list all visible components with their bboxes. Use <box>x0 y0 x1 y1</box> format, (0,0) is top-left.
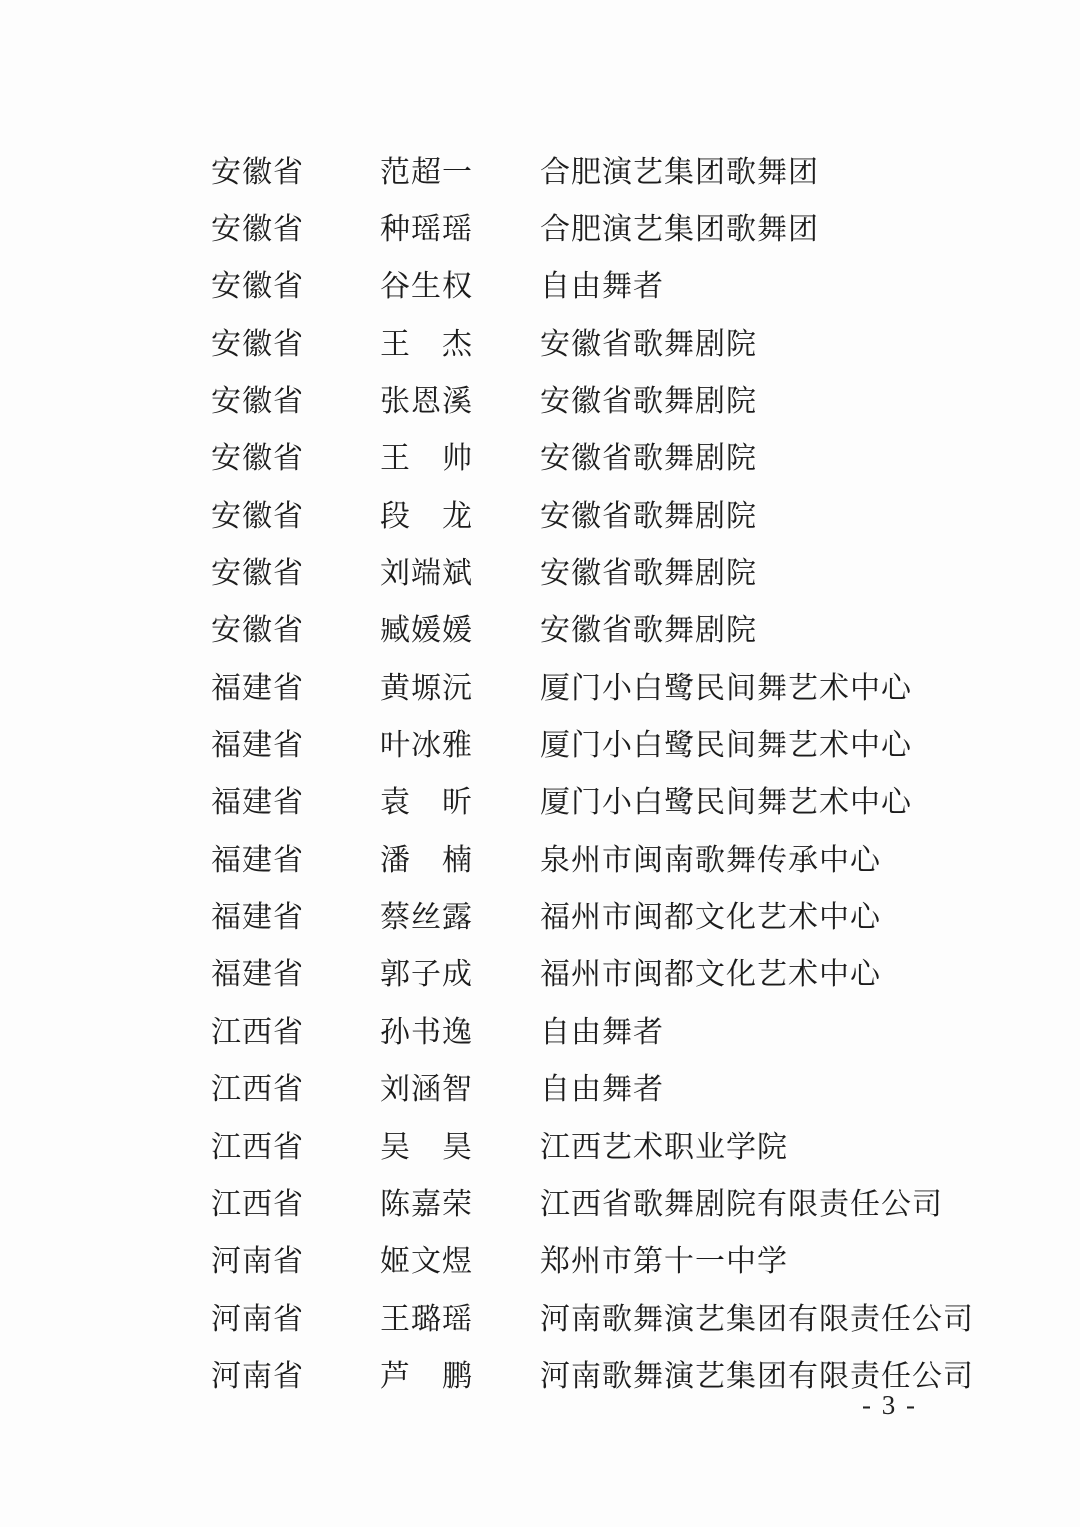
name-cell: 陈嘉荣 <box>380 1190 540 1220</box>
organization-cell: 江西艺术职业学院 <box>540 1133 1080 1163</box>
table-row: 福建省 叶冰雅 厦门小白鹭民间舞艺术中心 <box>0 717 1080 774</box>
name-cell: 王 杰 <box>380 330 540 360</box>
table-row: 安徽省 范超一 合肥演艺集团歌舞团 <box>0 144 1080 201</box>
province-cell: 河南省 <box>211 1305 380 1335</box>
table-row: 河南省 芦 鹏 河南歌舞演艺集团有限责任公司 <box>0 1348 1080 1405</box>
name-cell: 张恩溪 <box>380 387 540 417</box>
table-row: 河南省 姬文煜 郑州市第十一中学 <box>0 1234 1080 1291</box>
province-cell: 安徽省 <box>211 444 380 474</box>
document-page: 安徽省 范超一 合肥演艺集团歌舞团 安徽省 种瑶瑶 合肥演艺集团歌舞团 安徽省 … <box>0 0 1080 1527</box>
name-cell: 黄塬沅 <box>380 674 540 704</box>
province-cell: 河南省 <box>211 1362 380 1392</box>
organization-cell: 安徽省歌舞剧院 <box>540 502 1080 532</box>
name-cell: 刘涵智 <box>380 1075 540 1105</box>
name-cell: 范超一 <box>380 158 540 188</box>
province-cell: 安徽省 <box>211 387 380 417</box>
table-row: 福建省 蔡丝露 福州市闽都文化艺术中心 <box>0 889 1080 946</box>
table-row: 江西省 吴 昊 江西艺术职业学院 <box>0 1119 1080 1176</box>
name-cell: 叶冰雅 <box>380 731 540 761</box>
organization-cell: 郑州市第十一中学 <box>540 1247 1080 1277</box>
province-cell: 安徽省 <box>211 272 380 302</box>
province-cell: 江西省 <box>211 1190 380 1220</box>
province-cell: 安徽省 <box>211 502 380 532</box>
province-cell: 江西省 <box>211 1018 380 1048</box>
organization-cell: 厦门小白鹭民间舞艺术中心 <box>540 674 1080 704</box>
province-cell: 河南省 <box>211 1247 380 1277</box>
province-cell: 福建省 <box>211 731 380 761</box>
name-cell: 潘 楠 <box>380 846 540 876</box>
name-cell: 王璐瑶 <box>380 1305 540 1335</box>
organization-cell: 安徽省歌舞剧院 <box>540 444 1080 474</box>
table-row: 福建省 潘 楠 泉州市闽南歌舞传承中心 <box>0 832 1080 889</box>
organization-cell: 安徽省歌舞剧院 <box>540 559 1080 589</box>
province-cell: 福建省 <box>211 903 380 933</box>
name-cell: 郭子成 <box>380 960 540 990</box>
table-row: 福建省 郭子成 福州市闽都文化艺术中心 <box>0 947 1080 1004</box>
name-cell: 孙书逸 <box>380 1018 540 1048</box>
roster-table: 安徽省 范超一 合肥演艺集团歌舞团 安徽省 种瑶瑶 合肥演艺集团歌舞团 安徽省 … <box>0 144 1080 1406</box>
table-row: 福建省 袁 昕 厦门小白鹭民间舞艺术中心 <box>0 775 1080 832</box>
province-cell: 江西省 <box>211 1133 380 1163</box>
table-row: 江西省 孙书逸 自由舞者 <box>0 1004 1080 1061</box>
table-row: 安徽省 臧媛媛 安徽省歌舞剧院 <box>0 603 1080 660</box>
table-row: 江西省 刘涵智 自由舞者 <box>0 1062 1080 1119</box>
organization-cell: 自由舞者 <box>540 272 1080 302</box>
name-cell: 王 帅 <box>380 444 540 474</box>
name-cell: 臧媛媛 <box>380 616 540 646</box>
province-cell: 安徽省 <box>211 616 380 646</box>
name-cell: 刘端斌 <box>380 559 540 589</box>
table-row: 安徽省 王 杰 安徽省歌舞剧院 <box>0 316 1080 373</box>
name-cell: 袁 昕 <box>380 788 540 818</box>
table-row: 安徽省 种瑶瑶 合肥演艺集团歌舞团 <box>0 201 1080 258</box>
name-cell: 谷生权 <box>380 272 540 302</box>
province-cell: 福建省 <box>211 674 380 704</box>
table-row: 安徽省 段 龙 安徽省歌舞剧院 <box>0 488 1080 545</box>
province-cell: 安徽省 <box>211 559 380 589</box>
organization-cell: 安徽省歌舞剧院 <box>540 387 1080 417</box>
organization-cell: 泉州市闽南歌舞传承中心 <box>540 846 1080 876</box>
province-cell: 江西省 <box>211 1075 380 1105</box>
organization-cell: 安徽省歌舞剧院 <box>540 330 1080 360</box>
organization-cell: 安徽省歌舞剧院 <box>540 616 1080 646</box>
table-row: 安徽省 张恩溪 安徽省歌舞剧院 <box>0 373 1080 430</box>
organization-cell: 福州市闽都文化艺术中心 <box>540 960 1080 990</box>
name-cell: 芦 鹏 <box>380 1362 540 1392</box>
table-row: 安徽省 王 帅 安徽省歌舞剧院 <box>0 431 1080 488</box>
organization-cell: 厦门小白鹭民间舞艺术中心 <box>540 788 1080 818</box>
table-row: 江西省 陈嘉荣 江西省歌舞剧院有限责任公司 <box>0 1176 1080 1233</box>
table-row: 河南省 王璐瑶 河南歌舞演艺集团有限责任公司 <box>0 1291 1080 1348</box>
province-cell: 福建省 <box>211 788 380 818</box>
table-row: 福建省 黄塬沅 厦门小白鹭民间舞艺术中心 <box>0 660 1080 717</box>
province-cell: 安徽省 <box>211 158 380 188</box>
name-cell: 蔡丝露 <box>380 903 540 933</box>
province-cell: 福建省 <box>211 960 380 990</box>
table-row: 安徽省 刘端斌 安徽省歌舞剧院 <box>0 545 1080 602</box>
organization-cell: 合肥演艺集团歌舞团 <box>540 215 1080 245</box>
name-cell: 种瑶瑶 <box>380 215 540 245</box>
name-cell: 吴 昊 <box>380 1133 540 1163</box>
province-cell: 安徽省 <box>211 215 380 245</box>
organization-cell: 自由舞者 <box>540 1018 1080 1048</box>
table-row: 安徽省 谷生权 自由舞者 <box>0 259 1080 316</box>
name-cell: 姬文煜 <box>380 1247 540 1277</box>
province-cell: 福建省 <box>211 846 380 876</box>
page-number: - 3 - <box>862 1390 917 1421</box>
organization-cell: 江西省歌舞剧院有限责任公司 <box>540 1190 1080 1220</box>
organization-cell: 福州市闽都文化艺术中心 <box>540 903 1080 933</box>
organization-cell: 厦门小白鹭民间舞艺术中心 <box>540 731 1080 761</box>
organization-cell: 合肥演艺集团歌舞团 <box>540 158 1080 188</box>
province-cell: 安徽省 <box>211 330 380 360</box>
organization-cell: 河南歌舞演艺集团有限责任公司 <box>540 1305 1080 1335</box>
name-cell: 段 龙 <box>380 502 540 532</box>
organization-cell: 自由舞者 <box>540 1075 1080 1105</box>
organization-cell: 河南歌舞演艺集团有限责任公司 <box>540 1362 1080 1392</box>
